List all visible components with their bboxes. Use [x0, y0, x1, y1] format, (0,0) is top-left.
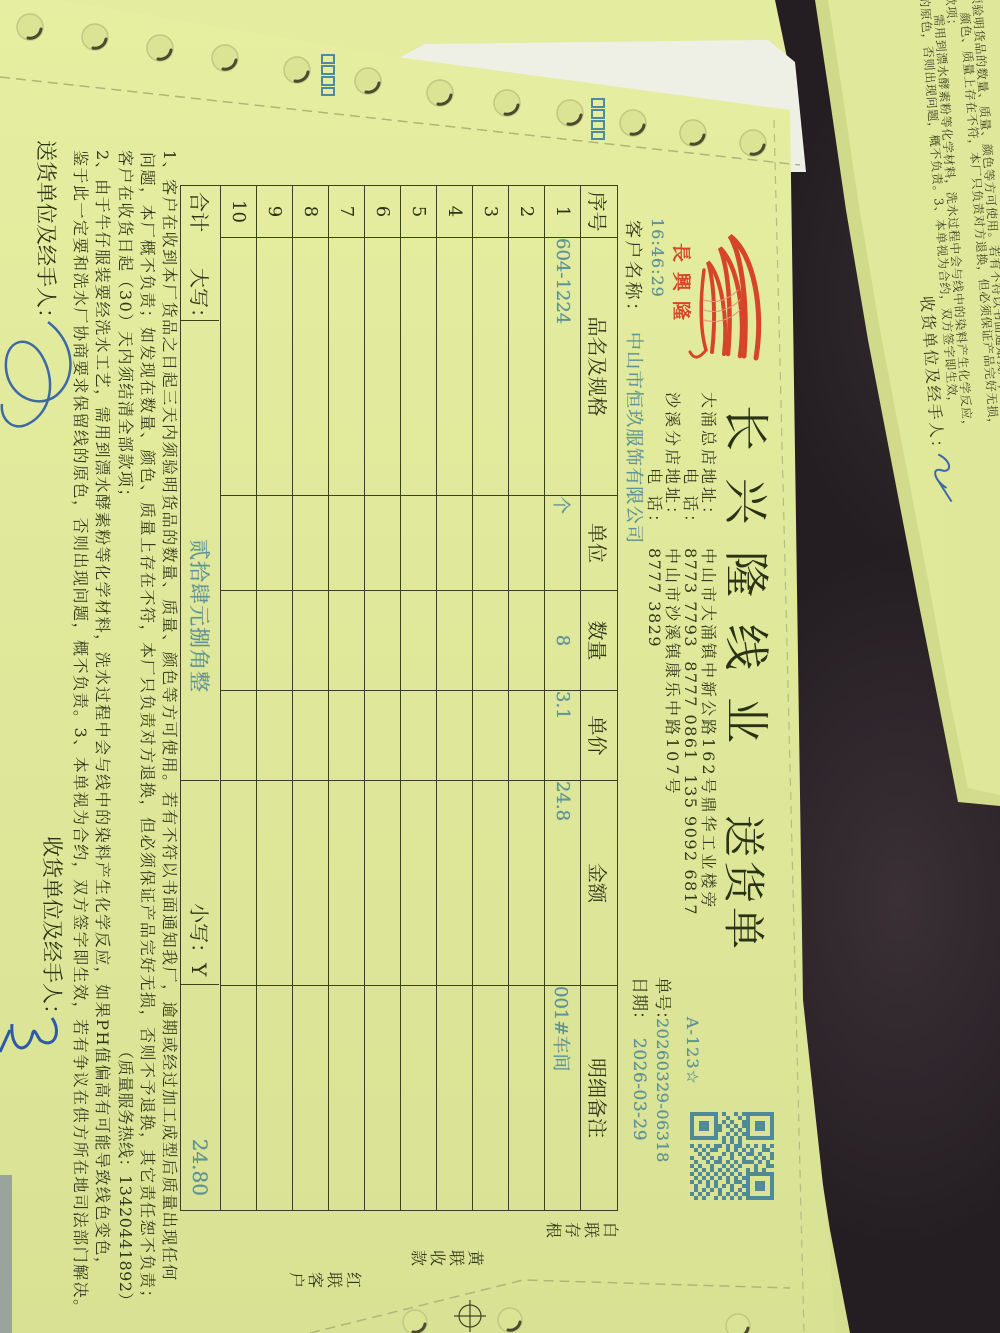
terms-line-2: 问题，本厂概不负责；如发现在数量、颜色、质量上存在不符，本厂只负责对方退换，但必…: [137, 152, 157, 1307]
cell-amount: [293, 781, 329, 986]
terms-line-4: 2、由于牛仔服装要经洗水工艺，需用到漂水酵素粉等化学材料，洗水过程中会与线中的染…: [92, 150, 112, 1274]
cell-unit: [221, 496, 257, 591]
copy-label-white: 白联存根: [544, 1222, 620, 1240]
address-shaxi: 中山市沙溪镇康乐中路107号: [663, 548, 681, 797]
cell-amount: [329, 781, 365, 986]
header-price: 单价: [581, 691, 618, 781]
table-row: 9: [257, 186, 293, 1211]
cell-item: [473, 238, 509, 496]
cell-unit: [257, 496, 293, 591]
cell-unit: 个: [545, 496, 581, 591]
copy-label-red: 红联客户: [287, 1272, 363, 1290]
total-cell: 合计 大写： 贰拾肆元捌角整 小写：Y 24.80: [181, 186, 221, 1211]
cell-qty: [329, 591, 365, 691]
cell-item: [401, 238, 437, 496]
cell-no: 8: [293, 186, 329, 238]
cell-remark: [365, 986, 401, 1211]
capital-amount: 贰拾肆元捌角整: [186, 539, 216, 693]
cell-remark: [509, 986, 545, 1211]
cell-amount: [257, 781, 293, 986]
cell-item: [365, 238, 401, 496]
sender-signature-icon: [2, 322, 71, 426]
cell-unit: [401, 496, 437, 591]
small-amount: 24.80: [189, 1139, 213, 1196]
cell-remark: [473, 986, 509, 1211]
cell-unit: [293, 496, 329, 591]
logo-text: 長興隆: [669, 243, 696, 330]
cell-no: 7: [329, 186, 365, 238]
table-row: 5: [401, 186, 437, 1211]
customer-label: 客户名称：: [621, 220, 647, 323]
header-amount: 金额: [581, 781, 618, 986]
cell-qty: [437, 591, 473, 691]
cell-amount: [473, 781, 509, 986]
small-amount-cell: 24.80: [182, 985, 220, 1210]
quality-hotline: （质量服务热线：13420441892）: [115, 1043, 135, 1309]
header-remark: 明细备注: [581, 986, 618, 1211]
cell-price: [509, 691, 545, 781]
cell-amount: [437, 781, 473, 986]
company-logo-icon: [690, 236, 759, 358]
table-row: 6: [365, 186, 401, 1211]
cell-price: [401, 691, 437, 781]
cell-unit: [509, 496, 545, 591]
cell-qty: [509, 591, 545, 691]
cell-no: 10: [221, 186, 257, 238]
cell-remark: [401, 986, 437, 1211]
address-dayong: 中山市大涌镇中新公路162号鼎华工业楼旁: [699, 548, 717, 911]
table-row: 4: [437, 186, 473, 1211]
form-code: A-123☆: [683, 1017, 701, 1085]
items-table: 序号 品名及规格 单位 数量 单价 金额 明细备注 1 604-1224 个 8…: [180, 185, 618, 1211]
cell-remark: [437, 986, 473, 1211]
header-no: 序号: [581, 186, 618, 238]
header-qty: 数量: [581, 591, 618, 691]
cell-amount: [509, 781, 545, 986]
cell-item: 604-1224: [545, 238, 581, 496]
cell-price: [473, 691, 509, 781]
capital-amount-label: 大写：: [186, 268, 215, 328]
phone-label-dayong: 电 话：: [681, 468, 699, 533]
cell-item: [221, 238, 257, 496]
cell-item: [293, 238, 329, 496]
cell-item: [329, 238, 365, 496]
small-amount-label-cell: 小写：Y: [182, 781, 220, 986]
address-label-dayong: 大涌总店地址：: [699, 392, 717, 525]
cell-remark: [329, 986, 365, 1211]
date-label: 日期：: [630, 977, 648, 1028]
cell-amount: [221, 781, 257, 986]
cell-amount: [401, 781, 437, 986]
cell-amount: [365, 781, 401, 986]
header-item: 品名及规格: [581, 238, 618, 496]
cell-amount: 24.8: [545, 781, 581, 986]
total-row: 合计 大写： 贰拾肆元捌角整 小写：Y 24.80: [181, 186, 221, 1211]
cell-qty: [257, 591, 293, 691]
table-row: 7: [329, 186, 365, 1211]
cell-unit: [473, 496, 509, 591]
cell-qty: [401, 591, 437, 691]
small-amount-label: 小写：Y: [186, 903, 215, 976]
cell-price: [437, 691, 473, 781]
table-header-row: 序号 品名及规格 单位 数量 单价 金额 明细备注: [581, 186, 618, 1211]
print-time: 16:46:29: [648, 218, 667, 298]
perforation-line: [310, 1280, 790, 1333]
sender-signature-label: 送货单位及经手人：: [34, 140, 58, 329]
document-title: 送货单: [718, 815, 768, 953]
receiver-signature-label: 收货单位及经手人：: [40, 836, 64, 1025]
table-row: 1 604-1224 个 8 3.1 24.8 001#车间: [545, 186, 581, 1211]
cell-item: [257, 238, 293, 496]
copy-label-yellow: 黄联收款: [409, 1250, 485, 1268]
photo-scene: 须验明货品的数量、质量、颜色等方可使用。若有不符以书面通知我厂， 颜色、质量上存…: [0, 0, 1000, 1333]
total-label: 合计: [186, 192, 215, 232]
cell-price: [329, 691, 365, 781]
cell-qty: [293, 591, 329, 691]
cell-no: 1: [545, 186, 581, 238]
phone-dayong: 8773 7793 8777 0861 135 9092 6817: [681, 548, 699, 916]
cell-qty: [365, 591, 401, 691]
customer-name: 中山市恒玖服饰有限公司: [622, 332, 648, 544]
cell-qty: [221, 591, 257, 691]
cell-price: [257, 691, 293, 781]
crosshair-mark-icon: [454, 1300, 486, 1332]
cell-no: 6: [365, 186, 401, 238]
cell-no: 5: [401, 186, 437, 238]
delivery-note: 長興隆 长兴隆线业 送货单 大涌总店地址： 中山市大涌镇中新公路162号鼎华工业…: [0, 0, 1000, 1333]
date-value: 2026-03-29: [630, 1038, 648, 1141]
cell-no: 4: [437, 186, 473, 238]
cell-qty: [473, 591, 509, 691]
table-row: 10: [221, 186, 257, 1211]
cell-unit: [365, 496, 401, 591]
terms-line-3: 客户在收货日起（30）天内须结清全部款项；: [115, 150, 135, 506]
table-row: 2: [509, 186, 545, 1211]
cell-price: [293, 691, 329, 781]
cell-item: [437, 238, 473, 496]
table-row: 8: [293, 186, 329, 1211]
cell-remark: [257, 986, 293, 1211]
cell-no: 9: [257, 186, 293, 238]
terms-line-1: 1、客户在收到本厂货品之日起三天内须验明货品的数量、质量、颜色等方可使用。若有不…: [159, 150, 179, 1282]
cell-unit: [329, 496, 365, 591]
table-row: 3: [473, 186, 509, 1211]
total-label-cell: 合计 大写：: [182, 186, 220, 321]
terms-line-5: 鉴于此一定要和洗水厂协商要求保留线的原色，否则出现问题，概不负责。3、本单视为合…: [70, 150, 90, 1317]
cell-item: [509, 238, 545, 496]
cell-remark: [221, 986, 257, 1211]
cell-qty: 8: [545, 591, 581, 691]
cell-remark: [293, 986, 329, 1211]
address-label-shaxi: 沙溪分店地址：: [663, 392, 681, 525]
cell-price: [365, 691, 401, 781]
cell-price: [221, 691, 257, 781]
phone-shaxi: 8777 3829: [645, 548, 663, 648]
cell-remark: 001#车间: [545, 986, 581, 1211]
capital-amount-cell: 贰拾肆元捌角整: [182, 321, 220, 781]
cell-unit: [437, 496, 473, 591]
cell-no: 2: [509, 186, 545, 238]
cell-no: 3: [473, 186, 509, 238]
sheet-edge: [0, 1175, 12, 1333]
company-name: 长兴隆线业: [720, 405, 772, 770]
qr-code-icon: [690, 1112, 774, 1200]
header-unit: 单位: [581, 496, 618, 591]
order-number: 20260329-06318: [653, 1018, 671, 1163]
blue-stamp-mark: [322, 55, 604, 139]
cell-price: 3.1: [545, 691, 581, 781]
perforation-line: [774, 120, 804, 1333]
